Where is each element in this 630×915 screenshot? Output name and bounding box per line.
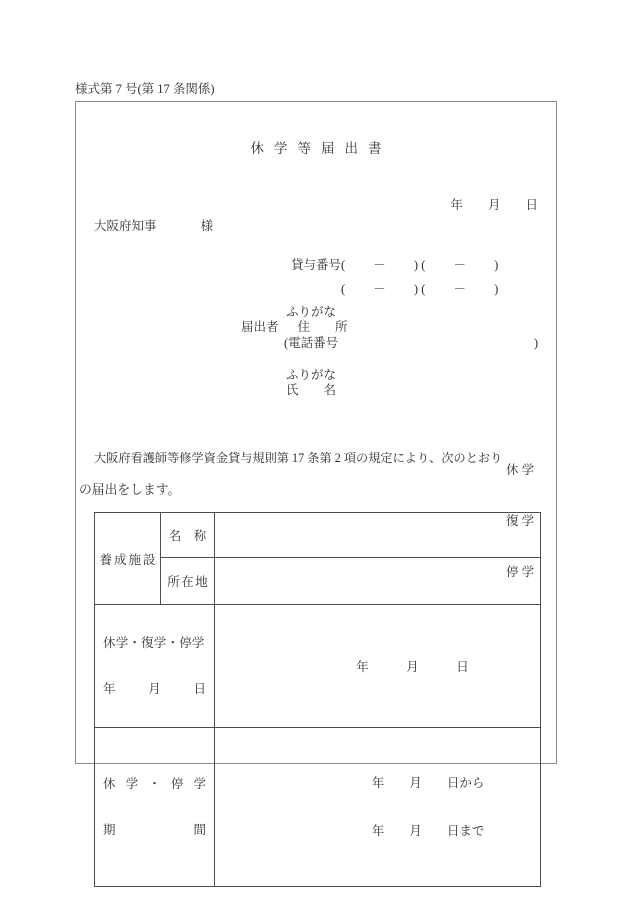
addressee-line: 大阪府知事様 (94, 219, 213, 234)
facility-location-field (215, 558, 541, 605)
leave-date-label-line1: 休学・復学・停学 (103, 635, 206, 651)
facility-table: 養成施設 名 称 所在地 休学・復学・停学 年月日 年 月 日 休学・停学 期間 (94, 512, 541, 887)
loan-number-label: 貸与番号 (291, 258, 341, 272)
addressee-honorific: 様 (201, 219, 214, 233)
loan-number-line-1: 貸与番号( － ) ( － ) (291, 258, 498, 273)
facility-name-field (215, 513, 541, 558)
document-page: 様式第 7 号(第 17 条関係) 休学等届出書 年 月 日 大阪府知事様 貸与… (0, 0, 630, 915)
furigana-address-label: ふりがな (286, 305, 336, 320)
leave-date-label-line2: 年月日 (103, 681, 206, 697)
loan-number-line-2: ( － ) ( － ) (341, 282, 498, 297)
period-from-line: 年 月 日から (372, 775, 485, 791)
addressee-name: 大阪府知事 (94, 219, 157, 233)
statement-line-1: 大阪府看護師等修学資金貸与規則第 17 条第 2 項の規定により、次のとおり (94, 451, 502, 466)
address-label: 住 所 (298, 320, 348, 334)
leave-date-value-cell: 年 月 日 (215, 605, 541, 728)
leave-date-label-cell: 休学・復学・停学 年月日 (95, 605, 215, 728)
phone-label: (電話番号 (284, 336, 338, 351)
date-line: 年 月 日 (450, 198, 538, 213)
form-number-note: 様式第 7 号(第 17 条関係) (75, 82, 215, 97)
form-outline: 休学等届出書 年 月 日 大阪府知事様 貸与番号( － ) ( － ) ( － … (75, 101, 557, 764)
leave-period-value-cell: 年 月 日から 年 月 日まで (215, 728, 541, 887)
facility-name-label-cell: 名 称 (161, 513, 215, 558)
facility-header-cell: 養成施設 (95, 513, 161, 605)
phone-close-paren: ) (534, 336, 538, 351)
leave-period-label-line2: 期間 (103, 822, 206, 838)
name-label: 氏 名 (286, 383, 336, 398)
furigana-name-label: ふりがな (286, 368, 336, 383)
leave-period-label-cell: 休学・停学 期間 (95, 728, 215, 887)
option-kyuugaku: 休 学 (506, 462, 534, 479)
period-to-line: 年 月 日まで (372, 823, 485, 839)
loan-number-blanks-1: ( － ) ( － ) (341, 258, 498, 272)
notifier-role-label: 届出者 (241, 320, 279, 334)
facility-location-label-cell: 所在地 (161, 558, 215, 605)
leave-period-label-line1: 休学・停学 (103, 776, 206, 792)
statement-line-2: の届出をします。 (79, 483, 180, 498)
leave-period-range: 年 月 日から 年 月 日まで (372, 743, 485, 871)
phone-number-line: (電話番号) (284, 336, 538, 351)
form-title: 休学等届出書 (76, 141, 556, 156)
notifier-row: 届出者住 所 (241, 320, 348, 335)
